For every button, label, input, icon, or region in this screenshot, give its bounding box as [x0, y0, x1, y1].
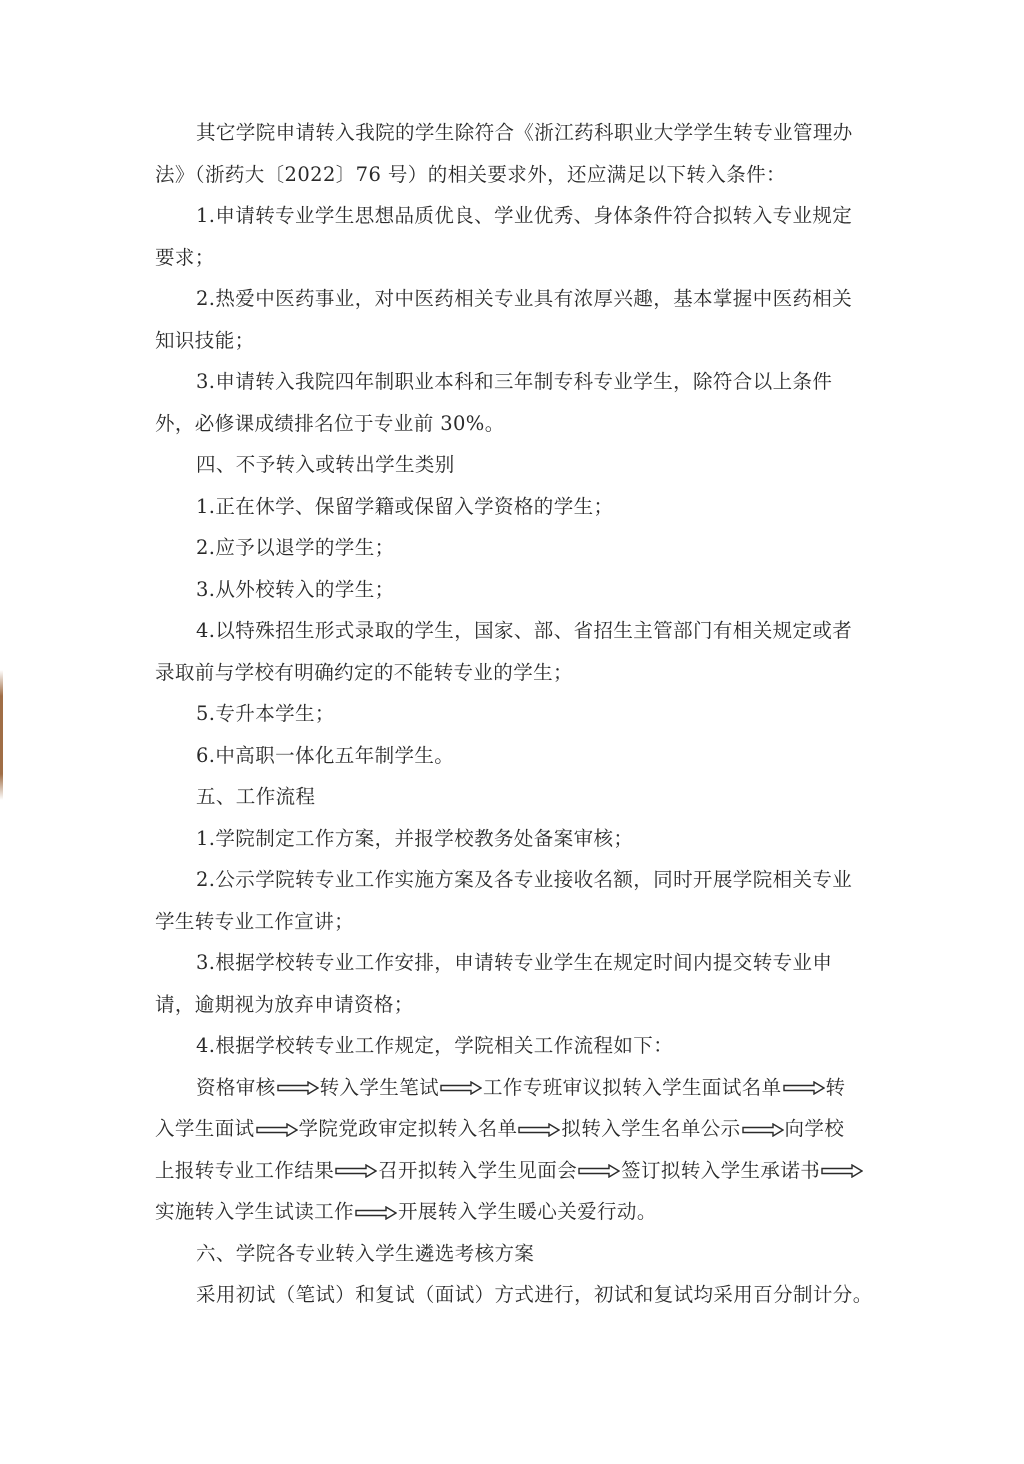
flow-line-2: 入学生面试学院党政审定拟转入名单拟转入学生名单公示向学校 — [155, 1108, 871, 1150]
intro-line-1: 其它学院申请转入我院的学生除符合《浙江药科职业大学学生转专业管理办 — [155, 112, 871, 154]
intro-line-2: 法》（浙药大〔2022〕76 号）的相关要求外，还应满足以下转入条件： — [155, 154, 871, 196]
section-6-heading: 六、学院各专业转入学生遴选考核方案 — [155, 1233, 871, 1275]
flow-line-4: 实施转入学生试读工作开展转入学生暖心关爱行动。 — [155, 1191, 871, 1233]
flow-step: 资格审核 — [196, 1076, 276, 1099]
flow-step: 向学校 — [785, 1117, 845, 1140]
section-6-body: 采用初试（笔试）和复试（面试）方式进行，初试和复试均采用百分制计分。 — [155, 1274, 871, 1316]
section-4-item-2: 2.应予以退学的学生； — [155, 527, 871, 569]
flow-line-3: 上报转专业工作结果召开拟转入学生见面会签订拟转入学生承诺书 — [155, 1150, 871, 1192]
section-5-item-2-line-2: 学生转专业工作宣讲； — [155, 901, 871, 943]
double-right-arrow-icon — [355, 1206, 397, 1220]
flow-step: 开展转入学生暖心关爱行动。 — [398, 1200, 657, 1223]
double-right-arrow-icon — [335, 1164, 377, 1178]
section-4-item-6: 6.中高职一体化五年制学生。 — [155, 735, 871, 777]
condition-1-line-1: 1.申请转专业学生思想品质优良、学业优秀、身体条件符合拟转入专业规定 — [155, 195, 871, 237]
section-4-item-1: 1.正在休学、保留学籍或保留入学资格的学生； — [155, 486, 871, 528]
flow-step: 召开拟转入学生见面会 — [378, 1159, 577, 1182]
section-5-item-1: 1.学院制定工作方案，并报学校教务处备案审核； — [155, 818, 871, 860]
section-5-item-2-line-1: 2.公示学院转专业工作实施方案及各专业接收名额，同时开展学院相关专业 — [155, 859, 871, 901]
condition-3-line-1: 3.申请转入我院四年制职业本科和三年制专科专业学生，除符合以上条件 — [155, 361, 871, 403]
double-right-arrow-icon — [277, 1081, 319, 1095]
document-page: 其它学院申请转入我院的学生除符合《浙江药科职业大学学生转专业管理办 法》（浙药大… — [155, 112, 871, 1316]
flow-step: 转 — [826, 1076, 846, 1099]
flow-step: 入学生面试 — [155, 1117, 255, 1140]
section-4-heading: 四、不予转入或转出学生类别 — [155, 444, 871, 486]
condition-1-line-2: 要求； — [155, 237, 871, 279]
flow-step: 学院党政审定拟转入名单 — [299, 1117, 518, 1140]
flow-step: 转入学生笔试 — [320, 1076, 439, 1099]
section-5-item-4: 4.根据学校转专业工作规定，学院相关工作流程如下： — [155, 1025, 871, 1067]
double-right-arrow-icon — [256, 1123, 298, 1137]
double-right-arrow-icon — [518, 1123, 560, 1137]
condition-3-line-2: 外，必修课成绩排名位于专业前 30%。 — [155, 403, 871, 445]
section-5-heading: 五、工作流程 — [155, 776, 871, 818]
double-right-arrow-icon — [742, 1123, 784, 1137]
flow-step: 上报转专业工作结果 — [155, 1159, 334, 1182]
section-4-item-3: 3.从外校转入的学生； — [155, 569, 871, 611]
flow-step: 工作专班审议拟转入学生面试名单 — [483, 1076, 782, 1099]
section-5-item-3-line-2: 请，逾期视为放弃申请资格； — [155, 984, 871, 1026]
section-5-item-3-line-1: 3.根据学校转专业工作安排，申请转专业学生在规定时间内提交转专业申 — [155, 942, 871, 984]
double-right-arrow-icon — [578, 1164, 620, 1178]
section-4-item-5: 5.专升本学生； — [155, 693, 871, 735]
flow-step: 拟转入学生名单公示 — [561, 1117, 740, 1140]
scan-page-edge — [0, 670, 3, 800]
flow-step: 签订拟转入学生承诺书 — [621, 1159, 820, 1182]
double-right-arrow-icon — [440, 1081, 482, 1095]
section-4-item-4-line-2: 录取前与学校有明确约定的不能转专业的学生； — [155, 652, 871, 694]
flow-step: 实施转入学生试读工作 — [155, 1200, 354, 1223]
condition-2-line-1: 2.热爱中医药事业，对中医药相关专业具有浓厚兴趣，基本掌握中医药相关 — [155, 278, 871, 320]
double-right-arrow-icon — [783, 1081, 825, 1095]
condition-2-line-2: 知识技能； — [155, 320, 871, 362]
section-4-item-4-line-1: 4.以特殊招生形式录取的学生，国家、部、省招生主管部门有相关规定或者 — [155, 610, 871, 652]
double-right-arrow-icon — [821, 1164, 863, 1178]
flow-line-1: 资格审核转入学生笔试工作专班审议拟转入学生面试名单转 — [155, 1067, 871, 1109]
